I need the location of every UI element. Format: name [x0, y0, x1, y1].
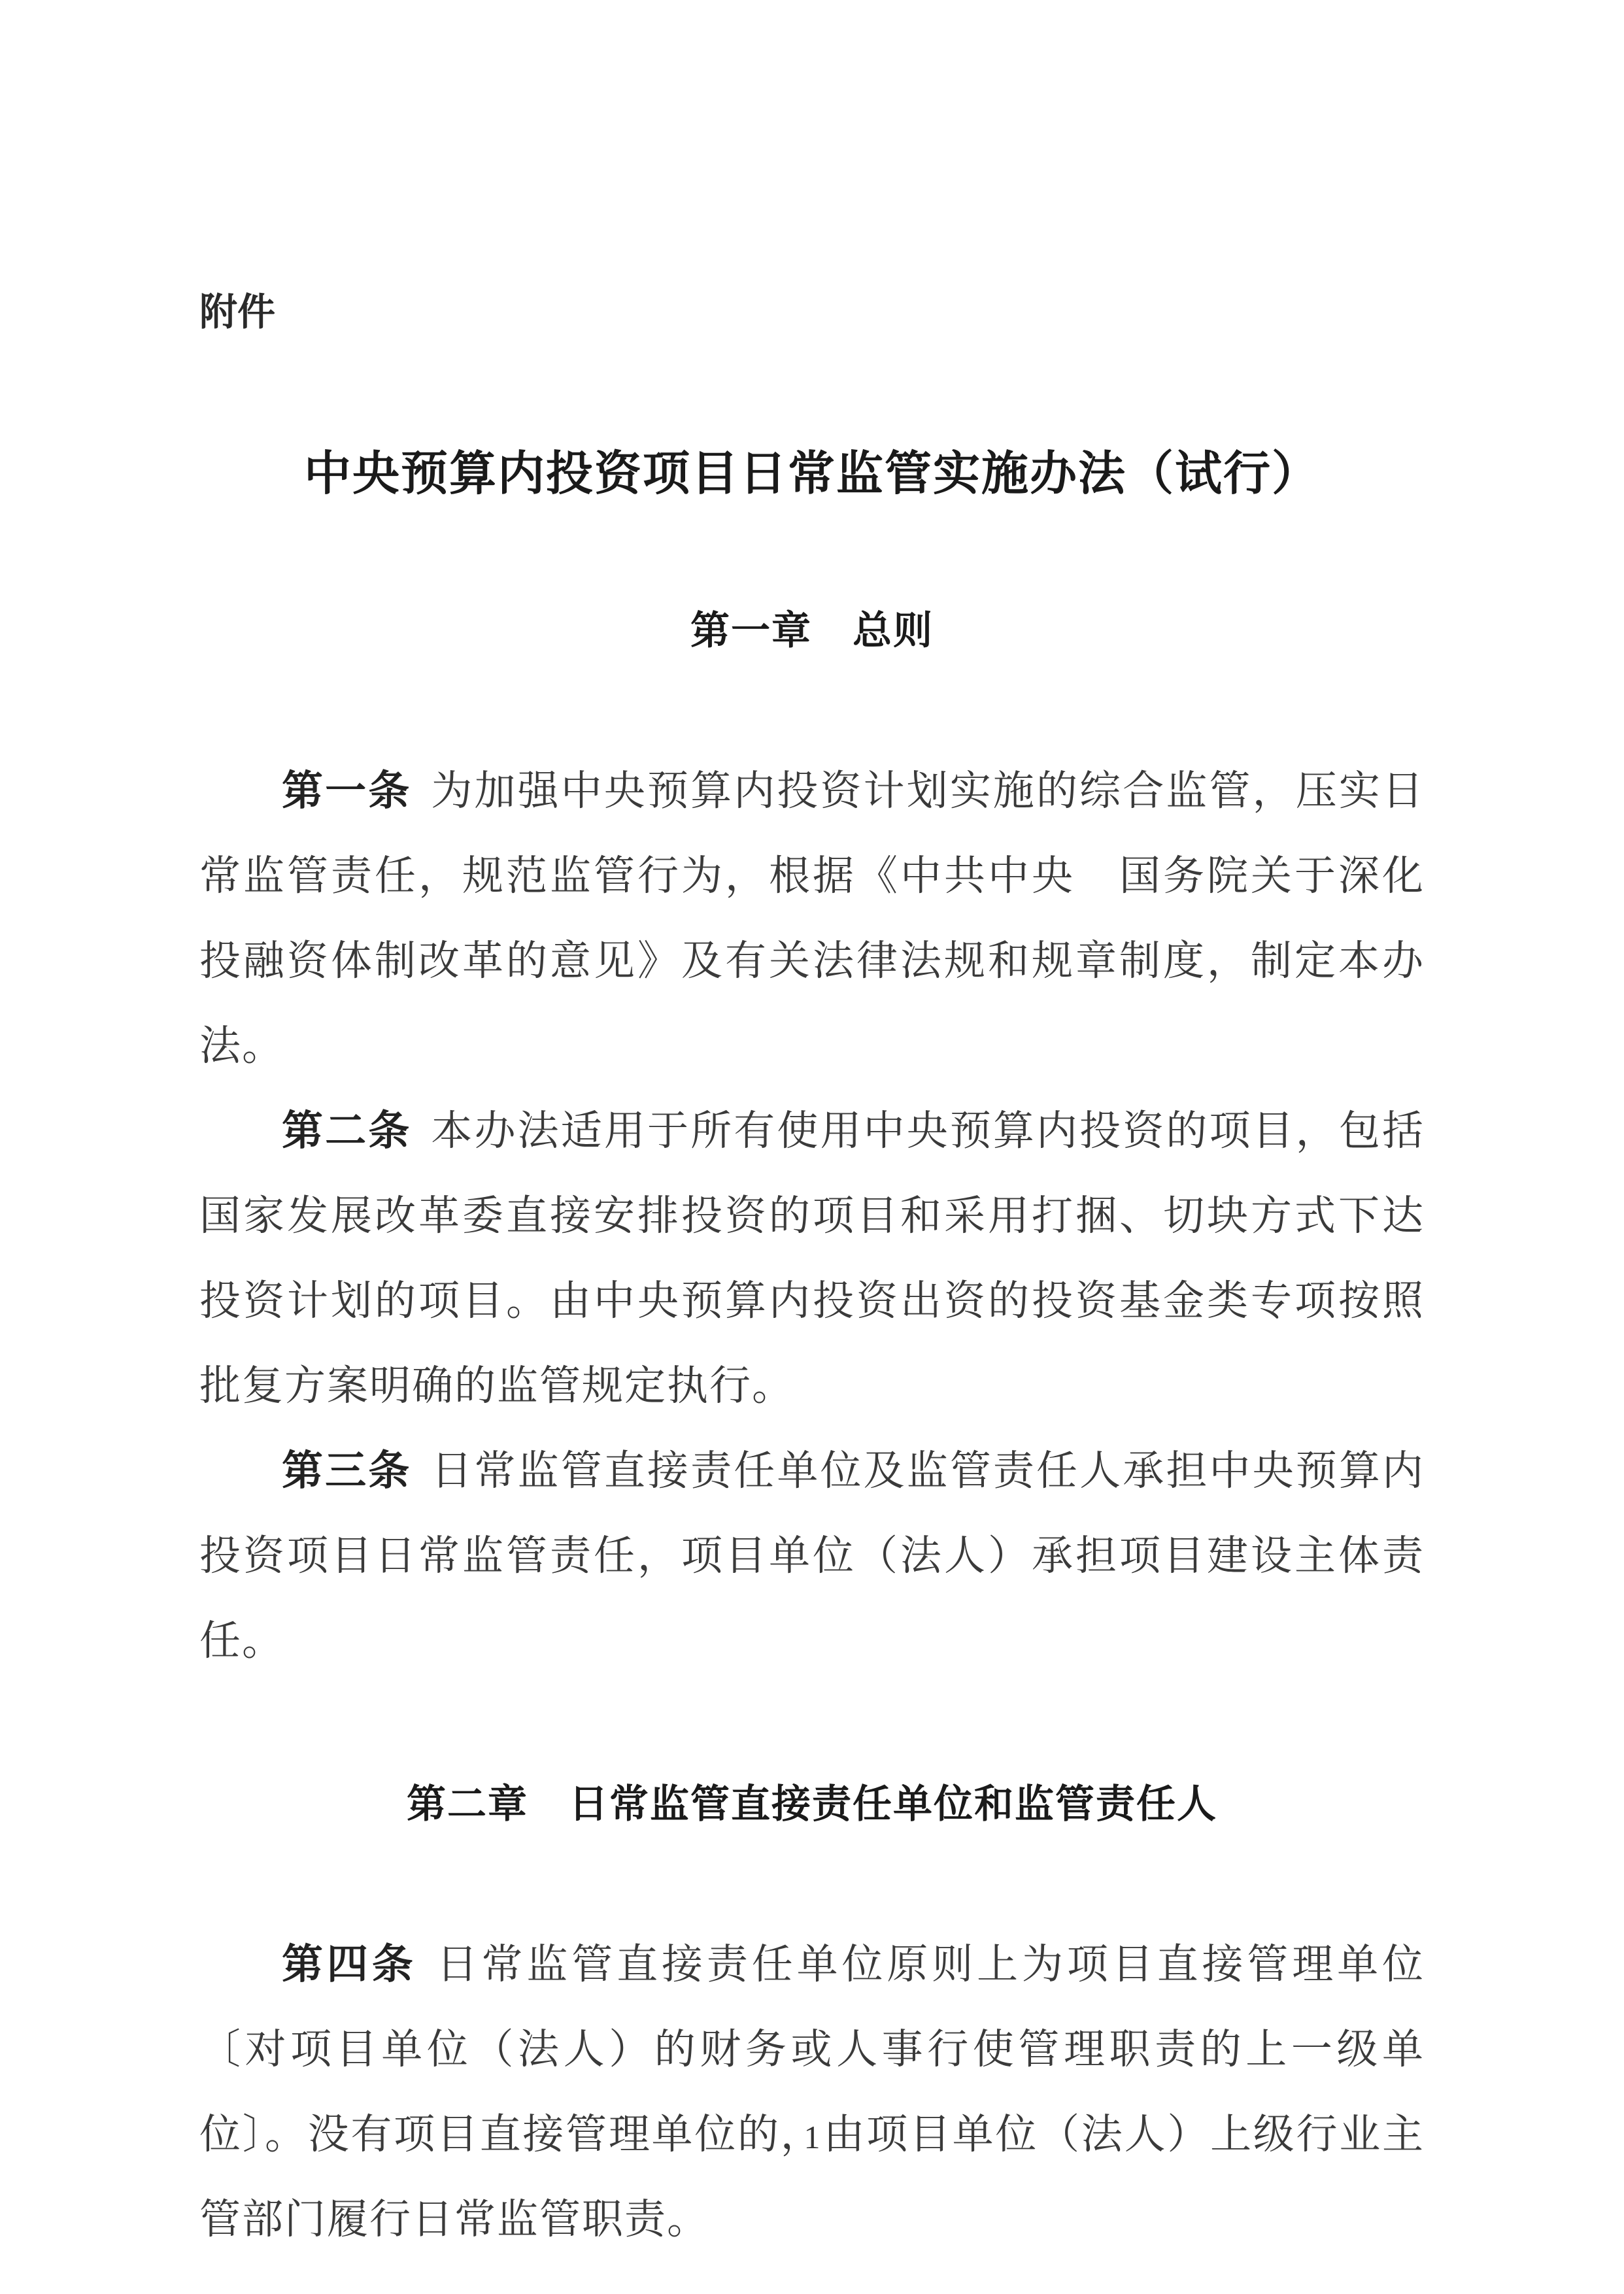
article-3-label: 第三条 — [282, 1448, 411, 1494]
chapter-1-body: 第一条为加强中央预算内投资计划实施的综合监管，压实日常监管责任，规范监管行为，根… — [199, 749, 1425, 1683]
document-title: 中央预算内投资项目日常监管实施办法（试行） — [199, 438, 1425, 510]
article-3: 第三条日常监管直接责任单位及监管责任人承担中央预算内投资项目日常监管责任，项目单… — [199, 1428, 1425, 1683]
attachment-label: 附件 — [199, 281, 1425, 343]
page-number: 1 — [0, 2117, 1624, 2157]
chapter-2: 第二章 日常监管直接责任单位和监管责任人 第四条日常监管直接责任单位原则上为项目… — [199, 1762, 1425, 2262]
article-1: 第一条为加强中央预算内投资计划实施的综合监管，压实日常监管责任，规范监管行为，根… — [199, 749, 1425, 1088]
chapter-2-heading: 第二章 日常监管直接责任单位和监管责任人 — [199, 1762, 1425, 1847]
chapter-2-body: 第四条日常监管直接责任单位原则上为项目直接管理单位〔对项目单位（法人）的财务或人… — [199, 1922, 1425, 2262]
chapter-1: 第一章 总则 第一条为加强中央预算内投资计划实施的综合监管，压实日常监管责任，规… — [199, 588, 1425, 1683]
article-2: 第二条本办法适用于所有使用中央预算内投资的项目，包括国家发展改革委直接安排投资的… — [199, 1088, 1425, 1428]
article-4-label: 第四条 — [282, 1942, 417, 1987]
article-4: 第四条日常监管直接责任单位原则上为项目直接管理单位〔对项目单位（法人）的财务或人… — [199, 1922, 1425, 2262]
article-1-label: 第一条 — [282, 768, 411, 814]
document-page: 附件 中央预算内投资项目日常监管实施办法（试行） 第一章 总则 第一条为加强中央… — [0, 0, 1624, 2294]
chapter-1-heading: 第一章 总则 — [199, 588, 1425, 673]
article-2-label: 第二条 — [282, 1108, 411, 1154]
